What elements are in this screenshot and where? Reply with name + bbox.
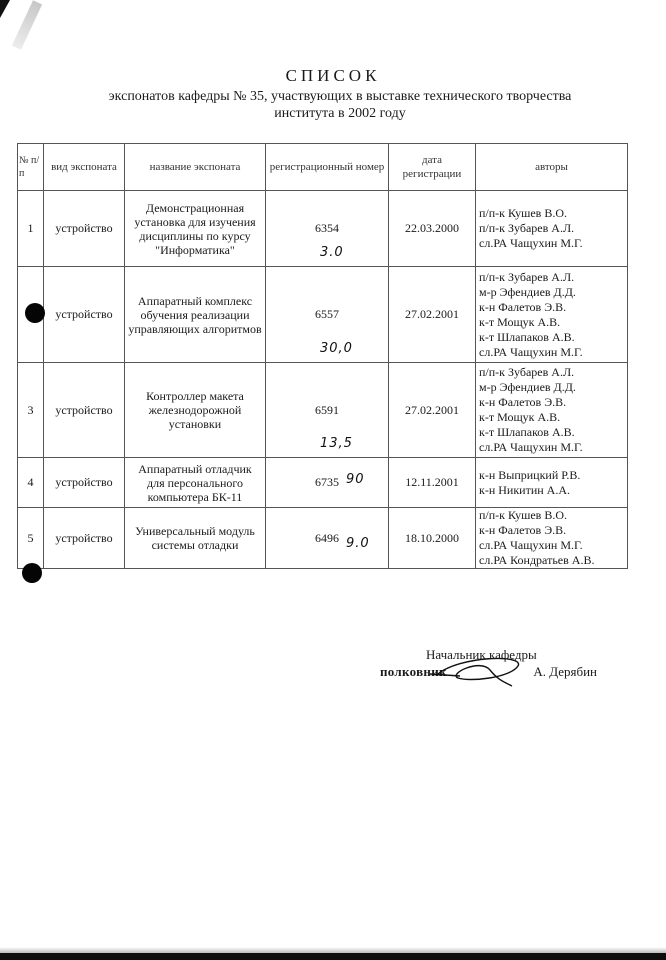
row-num: 1 [18,191,44,267]
header-reg-date: дата регистрации [389,144,476,191]
header-name: название экспоната [125,144,266,191]
authors: к-н Выприцкий Р.В.к-н Никитин А.А. [476,458,628,508]
row-num: 4 [18,458,44,508]
author-name: к-т Мощук А.В. [479,410,624,425]
scan-corner-artifact [0,0,10,18]
author-name: п/п-к Зубарев А.Л. [479,221,624,236]
table-row: 3устройствоКонтроллер макета железнодоро… [18,363,628,458]
header-reg-number: регистрационный номер [266,144,389,191]
handwritten-score: 90 [346,472,365,487]
header-type: вид экспоната [44,144,125,191]
exhibit-type: устройство [44,363,125,458]
exhibit-type: устройство [44,191,125,267]
author-name: сл.РА Чащухин М.Г. [479,440,624,455]
author-name: к-т Мощук А.В. [479,315,624,330]
table-row: 5устройствоУниверсальный модуль системы … [18,508,628,569]
hole-punch-top [25,303,45,323]
author-name: к-н Никитин А.А. [479,483,624,498]
row-num: 5 [18,508,44,569]
handwritten-score: 30,0 [320,341,353,356]
author-name: к-т Шлапаков А.В. [479,330,624,345]
exhibit-name: Контроллер макета железнодорожной устано… [125,363,266,458]
authors: п/п-к Кушев В.О.к-н Фалетов Э.В.сл.РА Ча… [476,508,628,569]
author-name: к-т Шлапаков А.В. [479,425,624,440]
author-name: к-н Фалетов Э.В. [479,395,624,410]
authors: п/п-к Зубарев А.Л.м-р Эфендиев Д.Д.к-н Ф… [476,363,628,458]
reg-number-value: 6354 [315,221,339,235]
exhibit-name: Универсальный модуль системы отладки [125,508,266,569]
author-name: сл.РА Чащухин М.Г. [479,538,624,553]
reg-date: 27.02.2001 [389,363,476,458]
author-name: м-р Эфендиев Д.Д. [479,380,624,395]
handwritten-score: 9.0 [346,536,370,551]
scan-smudge [12,0,42,50]
author-name: сл.РА Чащухин М.Г. [479,345,624,360]
author-name: к-н Фалетов Э.В. [479,523,624,538]
table-row: 1устройствоДемонстрационная установка дл… [18,191,628,267]
author-name: п/п-к Кушев В.О. [479,508,624,523]
reg-number: 64969.0 [266,508,389,569]
author-name: п/п-к Зубарев А.Л. [479,365,624,380]
author-name: к-н Выприцкий Р.В. [479,468,624,483]
reg-date: 27.02.2001 [389,267,476,363]
reg-number-value: 6557 [315,307,339,321]
document-subtitle: экспонатов кафедры № 35, участвующих в в… [40,88,640,122]
table-header-row: № п/п вид экспоната название экспоната р… [18,144,628,191]
table-row: 2устройствоАппаратный комплекс обучения … [18,267,628,363]
authors: п/п-к Зубарев А.Л.м-р Эфендиев Д.Д.к-н Ф… [476,267,628,363]
exhibit-type: устройство [44,458,125,508]
hole-punch-bottom [22,563,42,583]
exhibits-table: № п/п вид экспоната название экспоната р… [17,143,628,569]
exhibit-type: устройство [44,508,125,569]
handwritten-score: 3.0 [320,245,344,260]
author-name: сл.РА Чащухин М.Г. [479,236,624,251]
header-num: № п/п [18,144,44,191]
exhibit-type: устройство [44,267,125,363]
table-row: 4устройствоАппаратный отладчик для персо… [18,458,628,508]
subtitle-line-1: экспонатов кафедры № 35, участвующих в в… [40,88,640,105]
author-name: к-н Фалетов Э.В. [479,300,624,315]
reg-number-value: 6735 [315,475,339,489]
reg-number-value: 6591 [315,403,339,417]
reg-number: 659113,5 [266,363,389,458]
subtitle-line-2: института в 2002 году [40,105,640,122]
reg-date: 18.10.2000 [389,508,476,569]
scan-bottom-edge [0,953,666,960]
signature-name: А. Дерябин [533,664,597,679]
author-name: сл.РА Кондратьев А.В. [479,553,624,568]
handwritten-score: 13,5 [320,436,353,451]
reg-date: 12.11.2001 [389,458,476,508]
header-authors: авторы [476,144,628,191]
exhibit-name: Аппаратный отладчик для персонального ко… [125,458,266,508]
reg-date: 22.03.2000 [389,191,476,267]
exhibit-name: Демонстрационная установка для изучения … [125,191,266,267]
reg-number-value: 6496 [315,531,339,545]
author-name: м-р Эфендиев Д.Д. [479,285,624,300]
reg-number: 673590 [266,458,389,508]
row-num: 3 [18,363,44,458]
exhibit-name: Аппаратный комплекс обучения реализации … [125,267,266,363]
author-name: п/п-к Зубарев А.Л. [479,270,624,285]
document-title: СПИСОК [0,66,666,86]
handwritten-signature [430,652,530,692]
authors: п/п-к Кушев В.О.п/п-к Зубарев А.Л.сл.РА … [476,191,628,267]
reg-number: 63543.0 [266,191,389,267]
author-name: п/п-к Кушев В.О. [479,206,624,221]
reg-number: 655730,0 [266,267,389,363]
